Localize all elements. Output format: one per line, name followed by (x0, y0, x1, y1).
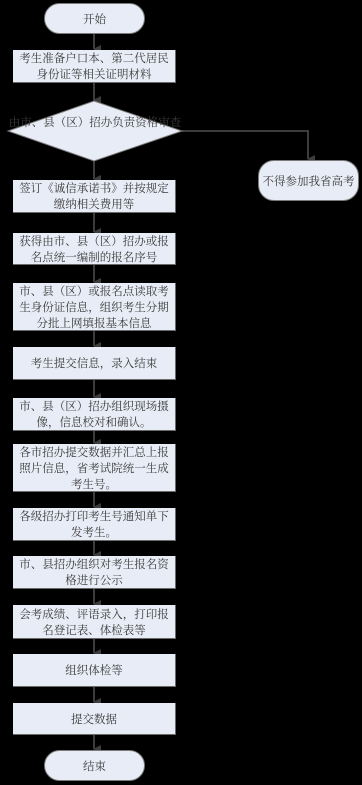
step-10: 会考成绩、评语录入，打印报名登记表、体检表等 (13, 605, 176, 639)
reject-label: 不得参加我省高考 (263, 173, 355, 189)
step-7: 各市招办提交数据并汇总上报照片信息，省考试院统一生成考生号。 (13, 444, 176, 492)
step-8-label: 各级招办打印考生号通知单下发考生。 (19, 508, 169, 540)
end-label: 结束 (83, 758, 106, 774)
step-1-label: 考生准备户口本、第二代居民身份证等相关证明材料 (19, 50, 169, 82)
step-6-label: 市、县（区）招办组织现场摄像，信息校对和确认。 (19, 398, 169, 430)
step-1: 考生准备户口本、第二代居民身份证等相关证明材料 (13, 50, 176, 83)
step-2-label: 签订《诚信承诺书》并按规定缴纳相关费用等 (19, 180, 169, 212)
step-9-label: 市、县招办组织对考生报名资格进行公示 (19, 556, 169, 588)
step-3: 获得由市、县（区）招办或报名点统一编制的报名序号 (13, 233, 176, 265)
step-6: 市、县（区）招办组织现场摄像，信息校对和确认。 (13, 398, 176, 431)
step-12: 提交数据 (13, 703, 176, 735)
step-11: 组织体检等 (13, 654, 176, 687)
step-4: 市、县（区）或报名点读取考生身份证信息，组织考生分期分批上网填报基本信息 (13, 283, 176, 331)
start-label: 开始 (83, 11, 106, 27)
step-3-label: 获得由市、县（区）招办或报名点统一编制的报名序号 (19, 233, 169, 265)
step-2: 签订《诚信承诺书》并按规定缴纳相关费用等 (13, 180, 176, 213)
end-terminal: 结束 (44, 750, 145, 781)
step-7-label: 各市招办提交数据并汇总上报照片信息，省考试院统一生成考生号。 (19, 444, 169, 492)
step-12-label: 提交数据 (71, 711, 117, 727)
step-8: 各级招办打印考生号通知单下发考生。 (13, 508, 176, 541)
step-5-label: 考生提交信息，录入结束 (31, 355, 158, 371)
step-5: 考生提交信息，录入结束 (13, 347, 176, 380)
step-9: 市、县招办组织对考生报名资格进行公示 (13, 556, 176, 589)
step-10-label: 会考成绩、评语录入，打印报名登记表、体检表等 (19, 606, 169, 638)
reject-terminal: 不得参加我省高考 (258, 160, 359, 201)
start-terminal: 开始 (44, 3, 145, 34)
step-11-label: 组织体检等 (65, 662, 123, 678)
decision-label: 由市、县（区）招办负责资格审查 (8, 114, 182, 148)
step-4-label: 市、县（区）或报名点读取考生身份证信息，组织考生分期分批上网填报基本信息 (19, 283, 169, 331)
